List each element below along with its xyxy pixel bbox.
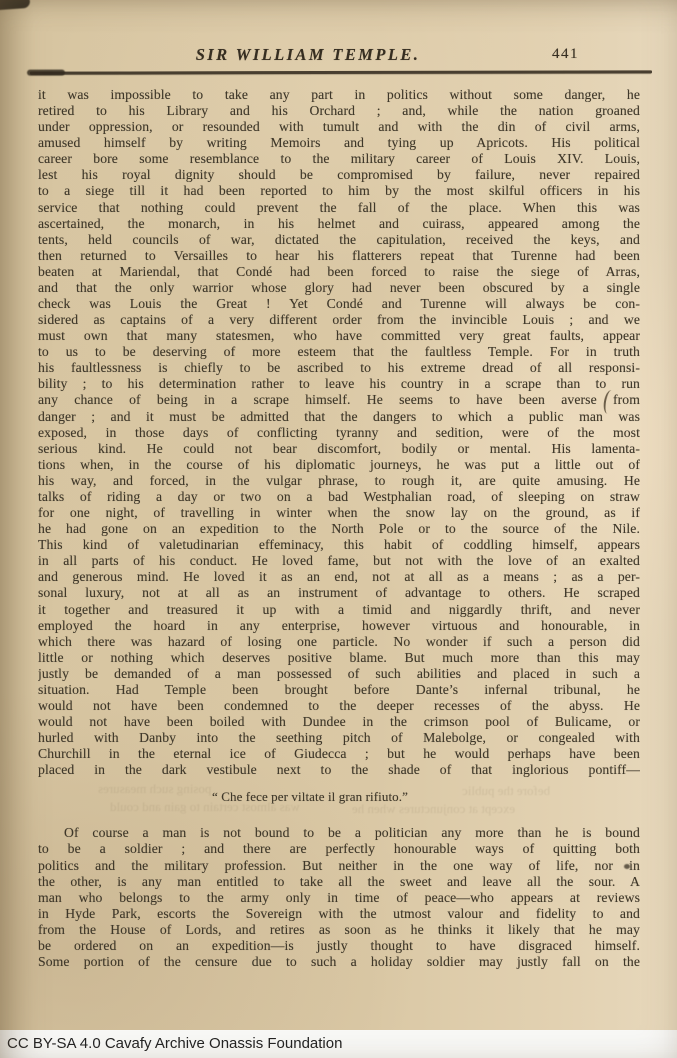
- text-line: he had gone on an expedition to the Nort…: [38, 521, 640, 537]
- text-line: hurled with Danby into the seething pitc…: [38, 730, 640, 746]
- header-rule: [30, 70, 652, 74]
- text-line: amused himself by writing Memoirs and ty…: [38, 135, 640, 151]
- text-line: Some portion of the censure due to such …: [38, 954, 640, 970]
- text-line: his way, and forced, in the vulgar phras…: [38, 473, 640, 489]
- text-line: would not have been condemned to the dee…: [38, 698, 640, 714]
- text-line: to us to be deserving of more esteem tha…: [38, 344, 640, 360]
- text-line: placed in the dark vestibule next to the…: [38, 762, 640, 778]
- license-bar: CC BY-SA 4.0 Cavafy Archive Onassis Foun…: [0, 1030, 677, 1058]
- text-line: man who belongs to the army only in time…: [38, 890, 640, 906]
- text-line: and that the only warrior whose glory ha…: [38, 280, 640, 296]
- body-text-column: it was impossible to take any part in po…: [38, 87, 640, 970]
- text-line: bility ; to his determination rather to …: [38, 376, 640, 392]
- ink-dot-artifact: [624, 864, 630, 869]
- text-line: This kind of valetudinarian effeminacy, …: [38, 537, 640, 553]
- text-line: beaten at Mariendal, that Condé had been…: [38, 264, 640, 280]
- text-line: be ordered on an expedition—is justly th…: [38, 938, 640, 954]
- text-line: his faultlessness is chiefly to be ascri…: [38, 360, 640, 376]
- text-line: sidered as captains of a very different …: [38, 312, 640, 328]
- text-line: sonal luxury, not at all as an instrumen…: [38, 585, 640, 601]
- text-line: politics and the military profession. Bu…: [38, 858, 640, 874]
- paragraph-2: Of course a man is not bound to be a pol…: [38, 825, 640, 970]
- text-line: talks of riding a day or two on a bad We…: [38, 489, 640, 505]
- text-line: employed the hoard in any enterprise, ho…: [38, 618, 640, 634]
- text-line: retired to his Library and his Orchard ;…: [38, 103, 640, 119]
- text-line: lest his royal dignity should be comprom…: [38, 167, 640, 183]
- text-line: to be a soldier ; and there are perfectl…: [38, 841, 640, 857]
- text-line: from the House of Lords, and retires as …: [38, 922, 640, 938]
- italian-quote: “ Che fece per viltate il gran rifiuto.”: [38, 789, 640, 806]
- running-head-title: SIR WILLIAM TEMPLE.: [38, 45, 578, 65]
- scan-corner-smudge: [0, 0, 30, 10]
- text-line: Churchill in the eternal ice of Giudecca…: [38, 746, 640, 762]
- text-line: which there was hazard of losing one par…: [38, 634, 640, 650]
- text-line: under oppression, or resounded with tumu…: [38, 119, 640, 135]
- text-line: check was Louis the Great ! Yet Condé an…: [38, 296, 640, 312]
- text-line: tions when, in the course of his diploma…: [38, 457, 640, 473]
- text-line: in all parts of his conduct. He loved fa…: [38, 553, 640, 569]
- text-line: the other, is any man entitled to take a…: [38, 874, 640, 890]
- text-line: would not have been boiled with Dundee i…: [38, 714, 640, 730]
- page-number: 441: [552, 46, 612, 63]
- text-line: and generous mind. He loved it as an end…: [38, 569, 640, 585]
- text-line: Of course a man is not bound to be a pol…: [38, 825, 640, 841]
- text-line: it was impossible to take any part in po…: [38, 87, 640, 103]
- text-line: must own that many statesmen, who have c…: [38, 328, 640, 344]
- text-line: justly be demanded of a man possessed of…: [38, 666, 640, 682]
- paragraph-1: it was impossible to take any part in po…: [38, 87, 640, 778]
- text-line: to a siege till it had been reported to …: [38, 183, 640, 199]
- text-line: situation. Had Temple been brought befor…: [38, 682, 640, 698]
- scanned-book-page: SIR WILLIAM TEMPLE. 441 it was impossibl…: [0, 0, 677, 1058]
- text-line: then returned to Versailles to hear his …: [38, 248, 640, 264]
- text-line: career bore some resemblance to the mili…: [38, 151, 640, 167]
- text-line: it together and treasured it up with a t…: [38, 602, 640, 618]
- text-line: little or nothing which deserves positiv…: [38, 650, 640, 666]
- text-line: exposed, in those days of conflicting ty…: [38, 425, 640, 441]
- text-line: in Hyde Park, escorts the Sovereign with…: [38, 906, 640, 922]
- text-line: for one night, of travelling in winter w…: [38, 505, 640, 521]
- text-line: any chance of being in a scrape himself.…: [38, 392, 640, 408]
- text-line: tents, held councils of war, dictated th…: [38, 232, 640, 248]
- text-line: serious kind. He could not bear discomfo…: [38, 441, 640, 457]
- text-line: danger ; and it must be admitted that th…: [38, 409, 640, 425]
- text-line: service that nothing could prevent the f…: [38, 200, 640, 216]
- text-line: ascertained, the monarch, in his helmet …: [38, 216, 640, 232]
